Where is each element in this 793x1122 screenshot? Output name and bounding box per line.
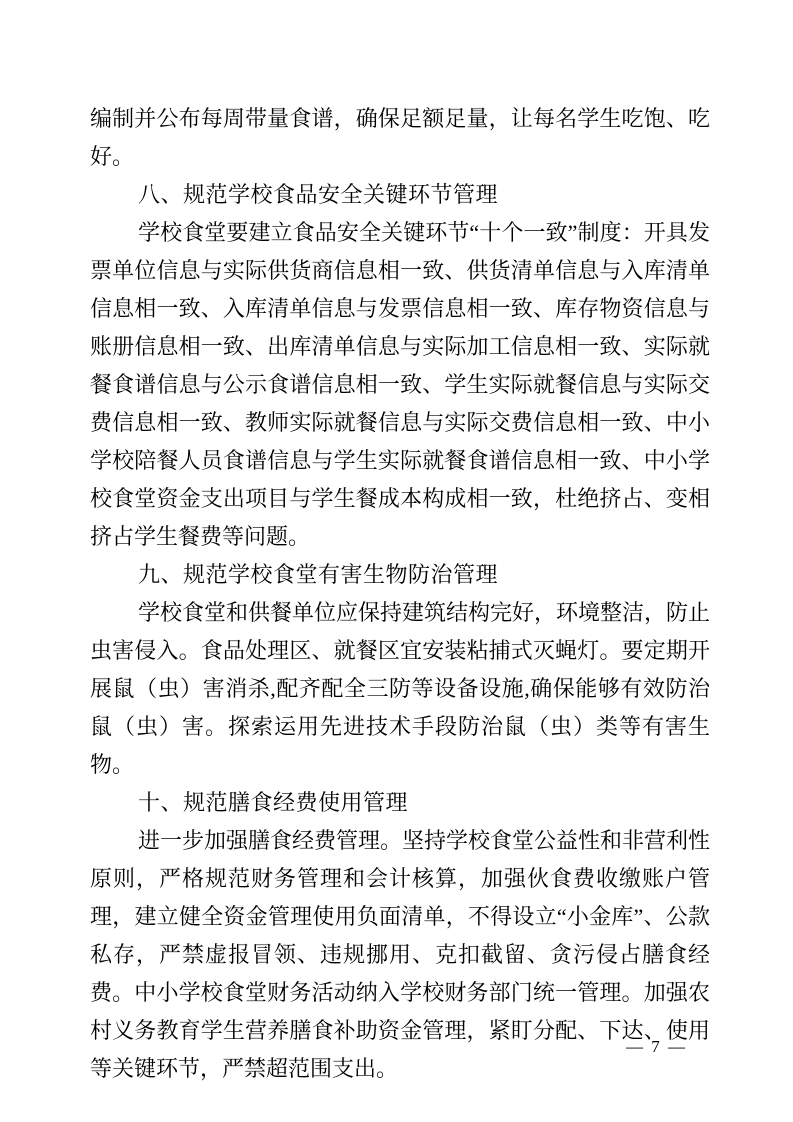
section-heading-9: 九、规范学校食堂有害生物防治管理 — [90, 556, 710, 594]
document-page: 编制并公布每周带量食谱，确保足额足量，让每名学生吃饱、吃好。 八、规范学校食品安… — [0, 0, 793, 1122]
section-heading-8: 八、规范学校食品安全关键环节管理 — [90, 176, 710, 214]
section-heading-10: 十、规范膳食经费使用管理 — [90, 784, 710, 822]
section-8-paragraph: 学校食堂要建立食品安全关键环节“十个一致”制度：开具发票单位信息与实际供货商信息… — [90, 214, 710, 556]
section-9-paragraph: 学校食堂和供餐单位应保持建筑结构完好，环境整洁，防止虫害侵入。食品处理区、就餐区… — [90, 594, 710, 784]
document-body: 编制并公布每周带量食谱，确保足额足量，让每名学生吃饱、吃好。 八、规范学校食品安… — [90, 100, 710, 1088]
section-10-paragraph: 进一步加强膳食经费管理。坚持学校食堂公益性和非营利性原则，严格规范财务管理和会计… — [90, 822, 710, 1088]
paragraph-continuation: 编制并公布每周带量食谱，确保足额足量，让每名学生吃饱、吃好。 — [90, 100, 710, 176]
page-number: — 7 — — [626, 1036, 687, 1058]
